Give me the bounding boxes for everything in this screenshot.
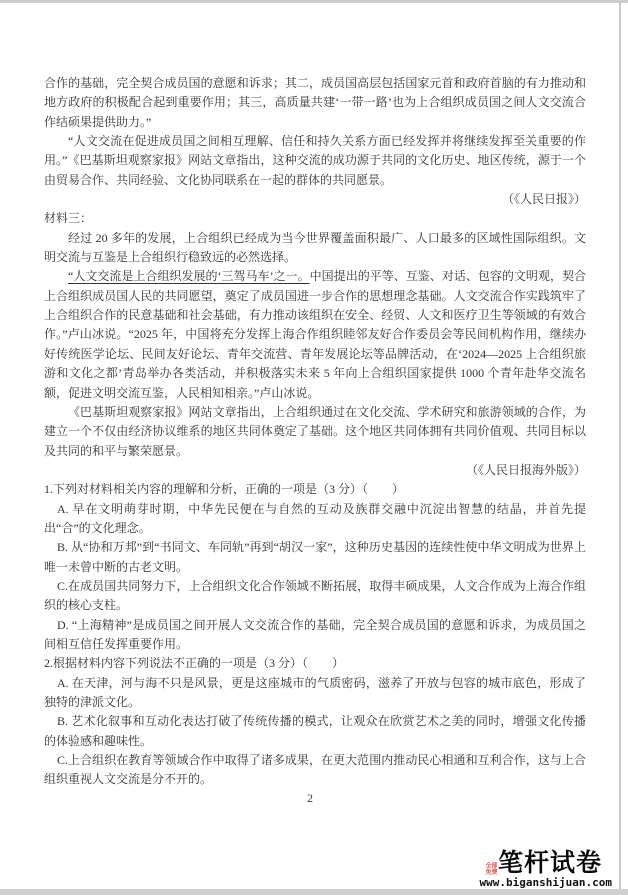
watermark-free-badge: 全部免费: [485, 862, 498, 875]
page-number: 2: [0, 791, 620, 806]
paragraph: “人文交流在促进成员国之间相互理解、信任和持久关系方面已经发挥并将继续发挥至关重…: [44, 132, 586, 190]
watermark: 全部免费 笔杆试卷 www.biganshijuan.com: [472, 850, 612, 889]
question-2-stem: 2.根据材料内容下列说法不正确的一项是（3 分）（ ）: [44, 654, 586, 673]
watermark-brand: 笔杆试卷: [498, 851, 602, 876]
question-1-option-a: A. 早在文明萌芽时期，中华先民便在与自然的互动及族群交融中沉淀出智慧的结晶，并…: [44, 500, 586, 539]
scan-edge-bottom: [0, 889, 628, 895]
question-2-option-a: A. 在天津，河与海不只是风景，更是这座城市的气质密码，滋养了开放与包容的城市底…: [44, 674, 586, 713]
citation-renmin-ribao-haiwaiban: （《人民日报海外版》）: [44, 461, 586, 480]
question-1-option-d: D. “上海精神”是成员国之间开展人文交流合作的基础，完全契合成员国的意愿和诉求…: [44, 616, 586, 655]
paragraph-continuation: 合作的基础，完全契合成员国的意愿和诉求；其二，成员国高层包括国家元首和政府首脑的…: [44, 74, 586, 132]
question-2-option-c: C.上合组织在教育等领域合作中取得了诸多成果，在更大范围内推动民心相通和互利合作…: [44, 751, 586, 786]
document-body: 合作的基础，完全契合成员国的意愿和诉求；其二，成员国高层包括国家元首和政府首脑的…: [44, 74, 586, 786]
watermark-url: www.biganshijuan.com: [472, 877, 612, 889]
watermark-brand-row: 全部免费 笔杆试卷: [472, 850, 612, 876]
underlined-sentence: “人文交流是上合组织发展的‘三驾马车’之一。: [68, 269, 310, 283]
question-1-option-c: C.在成员国共同努力下，上合组织文化合作领域不断拓展，取得丰硕成果，人文合作成为…: [44, 577, 586, 616]
paragraph: 经过 20 多年的发展，上合组织已经成为当今世界覆盖面积最广、人口最多的区域性国…: [44, 229, 586, 268]
paragraph-with-underline: “人文交流是上合组织发展的‘三驾马车’之一。中国提出的平等、互鉴、对话、包容的文…: [44, 267, 586, 402]
paragraph-text: 中国提出的平等、互鉴、对话、包容的文明观，契合上合组织成员国人民的共同愿望，奠定…: [44, 269, 586, 399]
scan-edge-right: [619, 3, 621, 889]
paragraph: 《巴基斯坦观察家报》网站文章指出，上合组织通过在文化交流、学术研究和旅游领域的合…: [44, 403, 586, 461]
material-three-label: 材料三：: [44, 209, 586, 228]
question-1-stem: 1.下列对材料相关内容的理解和分析，正确的一项是（3 分）（ ）: [44, 480, 586, 499]
scanned-exam-page: 合作的基础，完全契合成员国的意愿和诉求；其二，成员国高层包括国家元首和政府首脑的…: [0, 0, 628, 895]
scan-edge-top: [0, 0, 628, 3]
question-1-option-b: B. 从“协和万邦”到“书同文、车同轨”再到“胡汉一家”，这种历史基因的连续性使…: [44, 538, 586, 577]
question-2-option-b: B. 艺术化叙事和互动化表达打破了传统传播的模式，让观众在欣赏艺术之美的同时，增…: [44, 712, 586, 751]
citation-renmin-ribao: （《人民日报》）: [44, 190, 586, 209]
